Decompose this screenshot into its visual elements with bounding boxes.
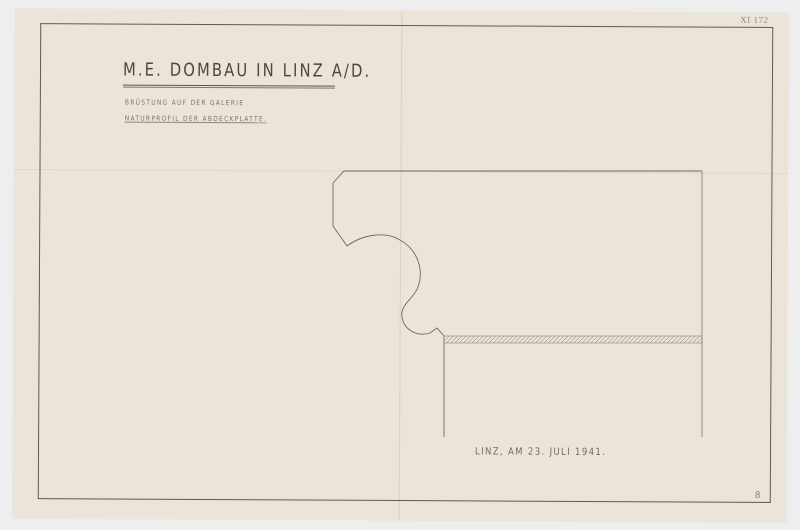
profile-outline	[333, 171, 702, 437]
hatched-band	[444, 336, 702, 343]
coping-profile-drawing	[0, 0, 800, 530]
